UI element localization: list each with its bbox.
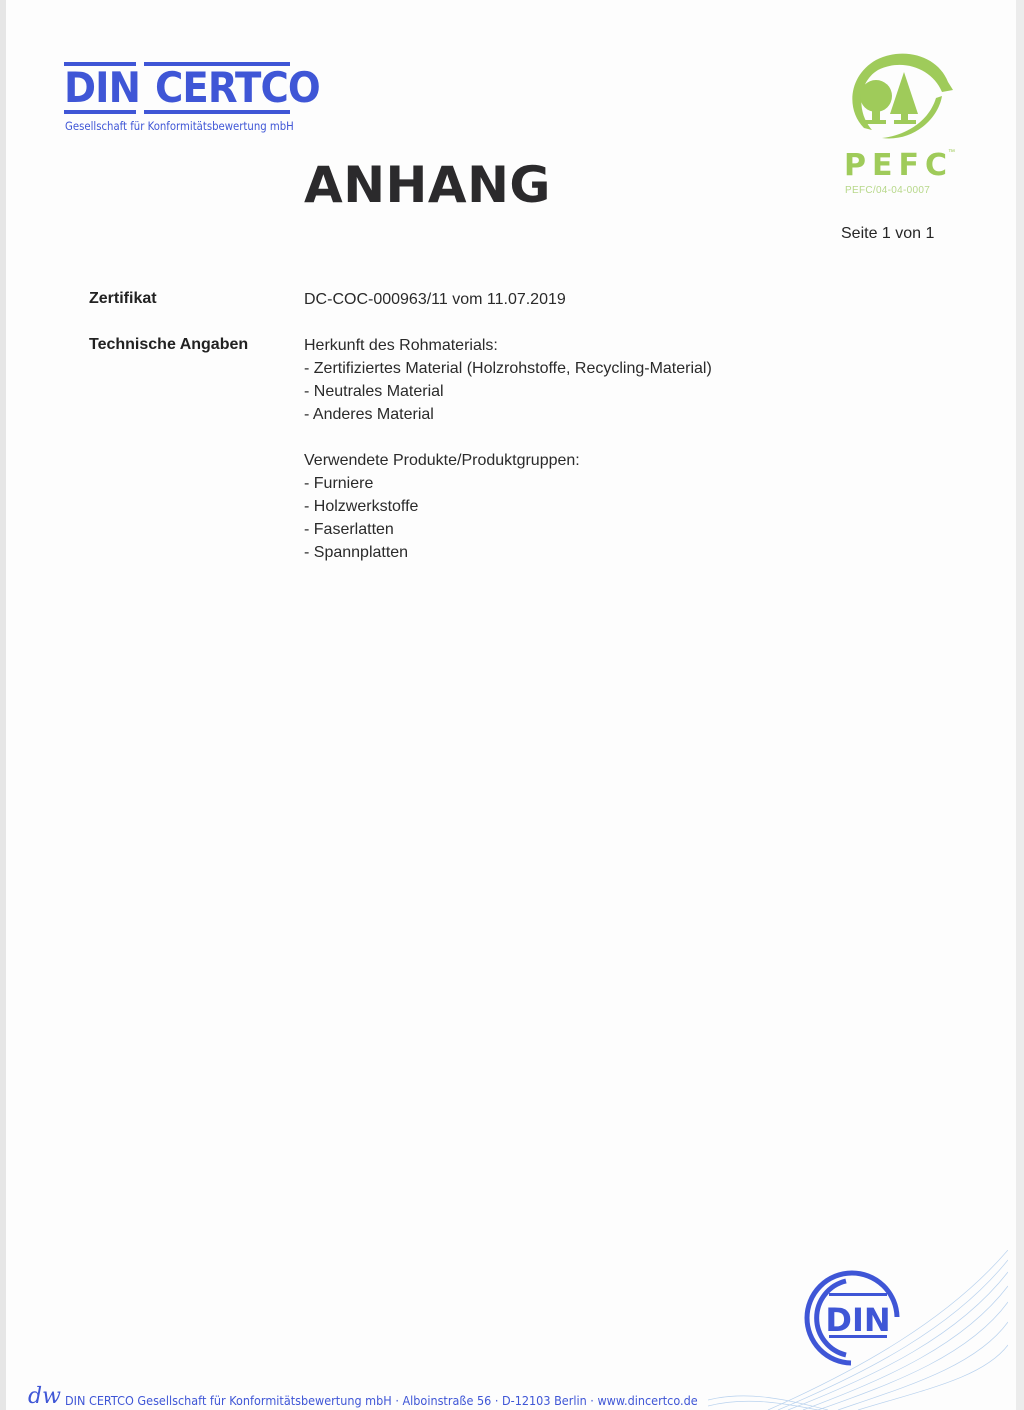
raw-material-item: - Anderes Material	[304, 403, 712, 426]
technical-details: Herkunft des Rohmaterials: - Zertifizier…	[304, 334, 712, 564]
products-heading: Verwendete Produkte/Produktgruppen:	[304, 449, 712, 472]
logo-din-text: DIN	[64, 66, 140, 110]
logo-certco-text: CERTCO	[155, 66, 320, 110]
logo-subtitle: Gesellschaft für Konformitätsbewertung m…	[65, 119, 294, 133]
page-title: ANHANG	[304, 156, 551, 214]
din-certco-logo: DIN CERTCO	[64, 62, 300, 114]
product-item: - Spannplatten	[304, 541, 712, 564]
viewer-scrollbar[interactable]	[1016, 0, 1024, 1410]
technical-label: Technische Angaben	[89, 336, 248, 354]
raw-material-item: - Zertifiziertes Material (Holzrohstoffe…	[304, 357, 712, 380]
footer-address: DIN CERTCO Gesellschaft für Konformitäts…	[65, 1393, 698, 1408]
page-indicator: Seite 1 von 1	[841, 225, 934, 243]
raw-material-heading: Herkunft des Rohmaterials:	[304, 334, 712, 357]
footer: dw DIN CERTCO Gesellschaft für Konformit…	[28, 1386, 768, 1408]
pefc-trademark: ™	[948, 149, 955, 156]
signature: dw	[28, 1386, 61, 1408]
certificate-value: DC-COC-000963/11 vom 11.07.2019	[304, 288, 566, 311]
product-item: - Holzwerkstoffe	[304, 495, 712, 518]
product-item: - Faserlatten	[304, 518, 712, 541]
pefc-trees-icon	[842, 50, 962, 150]
document-page: DIN CERTCO Gesellschaft für Konformitäts…	[6, 0, 1016, 1410]
svg-text:DIN: DIN	[825, 1301, 890, 1339]
raw-material-item: - Neutrales Material	[304, 380, 712, 403]
product-item: - Furniere	[304, 472, 712, 495]
pefc-wordmark: PEFC	[844, 148, 953, 183]
din-circle-logo: DIN	[801, 1265, 911, 1375]
pefc-code: PEFC/04-04-0007	[845, 185, 930, 196]
certificate-label: Zertifikat	[89, 290, 157, 308]
